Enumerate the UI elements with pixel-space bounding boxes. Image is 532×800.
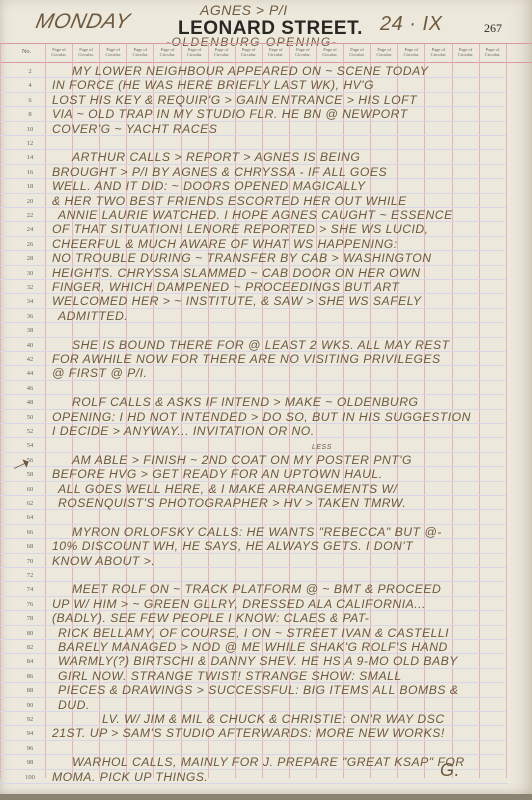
column-label-page-of-circular: Page of Circular. xyxy=(46,47,72,57)
row-number: 70 xyxy=(20,558,40,565)
row-number: 36 xyxy=(20,313,40,320)
row-number: 18 xyxy=(20,183,40,190)
day-of-week: MONDAY xyxy=(33,10,132,34)
row-number: 88 xyxy=(20,687,40,694)
page-number: 267 xyxy=(484,21,502,36)
row-number: 2 xyxy=(20,68,40,75)
handwritten-line: GIRL NOW. STRANGE TWIST! STRANGE SHOW: S… xyxy=(58,669,402,683)
row-number: 92 xyxy=(20,716,40,723)
row-number: 34 xyxy=(20,298,40,305)
handwritten-line: RICK BELLAMY, OF COURSE, I ON ~ STREET I… xyxy=(58,626,449,640)
handwritten-line: ALL GOES WELL HERE, & I MAKE ARRANGEMENT… xyxy=(58,482,397,496)
handwritten-line: SHE IS BOUND THERE FOR @ LEAST 2 WKS. AL… xyxy=(72,338,450,352)
page-bottom-edge xyxy=(0,794,532,800)
handwritten-line: & HER TWO BEST FRIENDS ESCORTED HER OUT … xyxy=(52,194,407,208)
row-number: 12 xyxy=(20,140,40,147)
row-number: 46 xyxy=(20,385,40,392)
column-label-page-of-circular: Page of Circular. xyxy=(371,47,397,57)
handwritten-line: KNOW ABOUT >. xyxy=(52,554,155,568)
row-number: 84 xyxy=(20,658,40,665)
ledger-page: MONDAY AGNES > P/I LEONARD STREET. 24 · … xyxy=(0,0,532,800)
signature-initial: G. xyxy=(440,760,460,781)
row-number: 6 xyxy=(20,97,40,104)
handwritten-line: (BADLY). SEE FEW PEOPLE I KNOW: CLAES & … xyxy=(52,611,369,625)
row-number: 94 xyxy=(20,730,40,737)
row-number: 96 xyxy=(20,745,40,752)
handwritten-line: BEFORE HVG > GET READY FOR AN UPTOWN HAU… xyxy=(52,467,383,481)
column-label-page-of-circular: Page of Circular. xyxy=(344,47,370,57)
handwritten-line: WELL. AND IT DID: ~ DOORS OPENED MAGICAL… xyxy=(52,179,366,193)
handwritten-line: LV. W/ JIM & MIL & CHUCK & CHRISTIE: ON'… xyxy=(102,712,445,726)
handwritten-line: BARELY MANAGED > NOD @ ME WHILE SHAK'G R… xyxy=(58,640,448,654)
handwritten-line: I DECIDE > ANYWAY... INVITATION OR NO. xyxy=(52,424,315,438)
handwritten-line: MY LOWER NEIGHBOUR APPEARED ON ~ SCENE T… xyxy=(72,64,428,78)
row-number: 86 xyxy=(20,673,40,680)
top-note: AGNES > P/I xyxy=(200,2,288,18)
handwritten-line: @ FIRST @ P/I. xyxy=(52,366,147,380)
column-label-page-of-circular: Page of Circular. xyxy=(453,47,479,57)
column-label-page-of-circular: Page of Circular. xyxy=(425,47,451,57)
handwritten-line: FINGER, WHICH DAMPENED ~ PROCEEDINGS BUT… xyxy=(52,280,399,294)
handwritten-line: ROSENQUIST'S PHOTOGRAPHER > HV > TAKEN T… xyxy=(58,496,406,510)
handwritten-line: CHEERFUL & MUCH AWARE OF WHAT WS HAPPENI… xyxy=(52,237,398,251)
column-label-page-of-circular: Page of Circular. xyxy=(480,47,506,57)
handwritten-line: DUD. xyxy=(58,698,90,712)
column-header-row: No. Page of Circular.Page of Circular.Pa… xyxy=(0,44,510,62)
row-number: 66 xyxy=(20,529,40,536)
row-number: 10 xyxy=(20,126,40,133)
handwritten-line: ANNIE LAURIE WATCHED. I HOPE AGNES CAUGH… xyxy=(58,208,453,222)
row-number: 48 xyxy=(20,399,40,406)
row-number: 14 xyxy=(20,154,40,161)
row-number: 30 xyxy=(20,270,40,277)
handwritten-line: ADMITTED. xyxy=(58,309,128,323)
handwritten-line: ROLF CALLS & ASKS IF INTEND > MAKE ~ OLD… xyxy=(72,395,419,409)
column-label-page-of-circular: Page of Circular. xyxy=(100,47,126,57)
column-label-page-of-circular: Page of Circular. xyxy=(290,47,316,57)
column-no-label: No. xyxy=(22,49,31,55)
row-number: 54 xyxy=(20,442,40,449)
column-label-page-of-circular: Page of Circular. xyxy=(127,47,153,57)
handwritten-line: ARTHUR CALLS > REPORT > AGNES IS BEING xyxy=(72,150,360,164)
column-label-page-of-circular: Page of Circular. xyxy=(182,47,208,57)
row-number: 22 xyxy=(20,212,40,219)
column-label-page-of-circular: Page of Circular. xyxy=(236,47,262,57)
handwritten-line: COVER'G ~ YACHT RACES xyxy=(52,122,217,136)
handwritten-line: MYRON ORLOFSKY CALLS: HE WANTS "REBECCA"… xyxy=(72,525,442,539)
handwritten-line: NO TROUBLE DURING ~ TRANSFER BY CAB > WA… xyxy=(52,251,432,265)
row-number: 60 xyxy=(20,486,40,493)
handwritten-line: 21ST. UP > SAM'S STUDIO AFTERWARDS: MORE… xyxy=(52,726,445,740)
column-label-page-of-circular: Page of Circular. xyxy=(154,47,180,57)
handwritten-line: AM ABLE > FINISH ~ 2ND COAT ON MY POSTER… xyxy=(72,453,412,467)
row-number: 4 xyxy=(20,82,40,89)
handwritten-line: 10% DISCOUNT WH, HE SAYS, HE ALWAYS GETS… xyxy=(52,539,413,553)
row-number: 20 xyxy=(20,198,40,205)
row-number: 62 xyxy=(20,500,40,507)
column-label-page-of-circular: Page of Circular. xyxy=(263,47,289,57)
row-number: 16 xyxy=(20,169,40,176)
row-number: 90 xyxy=(20,702,40,709)
handwritten-line: VIA ~ OLD TRAP IN MY STUDIO FLR. HE BN @… xyxy=(52,107,408,121)
row-number: 32 xyxy=(20,284,40,291)
row-number: 72 xyxy=(20,572,40,579)
handwritten-line: WARHOL CALLS, MAINLY FOR J. PREPARE "GRE… xyxy=(72,755,465,769)
row-number: 8 xyxy=(20,111,40,118)
row-number: 52 xyxy=(20,428,40,435)
handwritten-line: HEIGHTS. CHRYSSA SLAMMED ~ CAB DOOR ON H… xyxy=(52,266,420,280)
handwritten-line: LOST HIS KEY & REQUIR'G > GAIN ENTRANCE … xyxy=(52,93,417,107)
row-number: 80 xyxy=(20,630,40,637)
handwritten-line: IN FORCE (HE WAS HERE BRIEFLY LAST WK), … xyxy=(52,78,374,92)
row-number: 100 xyxy=(20,774,40,781)
handwritten-line: MOMA. PICK UP THINGS. xyxy=(52,770,208,784)
row-number: 26 xyxy=(20,241,40,248)
column-label-page-of-circular: Page of Circular. xyxy=(73,47,99,57)
row-number: 50 xyxy=(20,414,40,421)
column-label-page-of-circular: Page of Circular. xyxy=(317,47,343,57)
handwritten-line: BROUGHT > P/I BY AGNES & CHRYSSA - IF AL… xyxy=(52,165,387,179)
handwritten-line: PIECES & DRAWINGS > SUCCESSFUL: BIG ITEM… xyxy=(58,683,458,697)
handwritten-line: OPENING: I HD NOT INTENDED > DO SO, BUT … xyxy=(52,410,471,424)
handwritten-line: WELCOMED HER > ~ INSTITUTE, & SAW > SHE … xyxy=(52,294,422,308)
row-number: 82 xyxy=(20,644,40,651)
row-number: 98 xyxy=(20,759,40,766)
row-number: 78 xyxy=(20,615,40,622)
row-number: 44 xyxy=(20,370,40,377)
entry-date: 24 · IX xyxy=(380,13,442,36)
column-label-page-of-circular: Page of Circular. xyxy=(209,47,235,57)
column-label-page-of-circular: Page of Circular. xyxy=(398,47,424,57)
handwritten-line: MEET ROLF ON ~ TRACK PLATFORM @ ~ BMT & … xyxy=(72,582,441,596)
row-number: 74 xyxy=(20,586,40,593)
handwritten-line: WARMLY(?) BIRTSCHI & DANNY SHEV. HE HS A… xyxy=(58,654,458,668)
row-number: 28 xyxy=(20,255,40,262)
row-number: 76 xyxy=(20,601,40,608)
row-number: 24 xyxy=(20,226,40,233)
row-number: 38 xyxy=(20,327,40,334)
handwritten-line: UP W/ HIM > ~ GREEN GLLRY, DRESSED ALA C… xyxy=(52,597,426,611)
handwritten-line: OF THAT SITUATION! LENORE REPORTED > SHE… xyxy=(52,222,429,236)
row-number: 64 xyxy=(20,514,40,521)
row-number: 42 xyxy=(20,356,40,363)
handwritten-line: FOR AWHILE NOW FOR THERE ARE NO VISITING… xyxy=(52,352,441,366)
row-number: 68 xyxy=(20,543,40,550)
row-number: 40 xyxy=(20,342,40,349)
